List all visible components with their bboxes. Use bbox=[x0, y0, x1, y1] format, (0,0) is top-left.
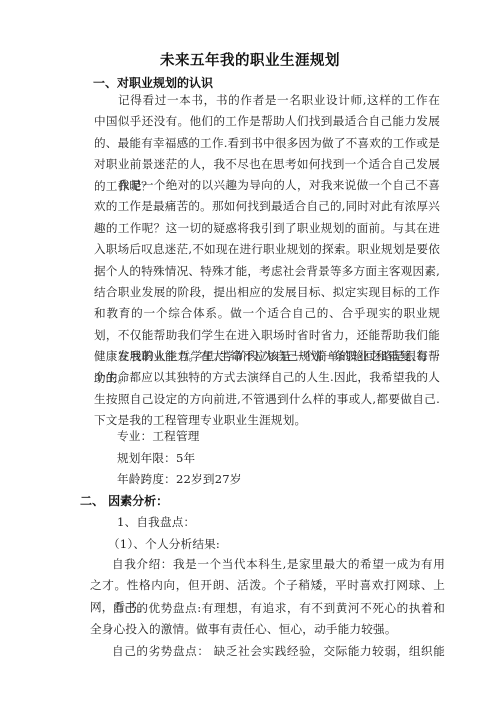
major-line: 专业：工程管理 bbox=[117, 428, 200, 444]
age-span-line: 年龄跨度：22岁到27岁 bbox=[117, 471, 242, 487]
section-heading-2: 二、 因素分析： bbox=[80, 492, 168, 509]
document-title: 未来五年我的职业生涯规划 bbox=[0, 49, 500, 70]
subheading-personal-analysis: （1）、个人分析结果: bbox=[108, 536, 220, 552]
subheading-self-inventory: 1、自我盘点： bbox=[117, 514, 195, 530]
document-page: 未来五年我的职业生涯规划 一、对职业规划的认识 记得看过一本书，书的作者是一名职… bbox=[0, 0, 500, 707]
plan-years-line: 规划年限：5年 bbox=[117, 450, 195, 466]
paragraph: 自己的优势盘点:有理想，有追求，有不到黄河不死心的执着和全身心投入的激情。做事有… bbox=[90, 598, 445, 641]
paragraph: 在我的人生哲学里,生命不应该是一个简单的轮回和重复,每一个生命都应以其独特的方式… bbox=[94, 346, 440, 432]
paragraph: 自己的劣势盘点： 缺乏社会实践经验，交际能力较弱，组织能力一般,口才 bbox=[90, 641, 445, 663]
section-heading-1: 一、对职业规划的认识 bbox=[93, 74, 213, 91]
